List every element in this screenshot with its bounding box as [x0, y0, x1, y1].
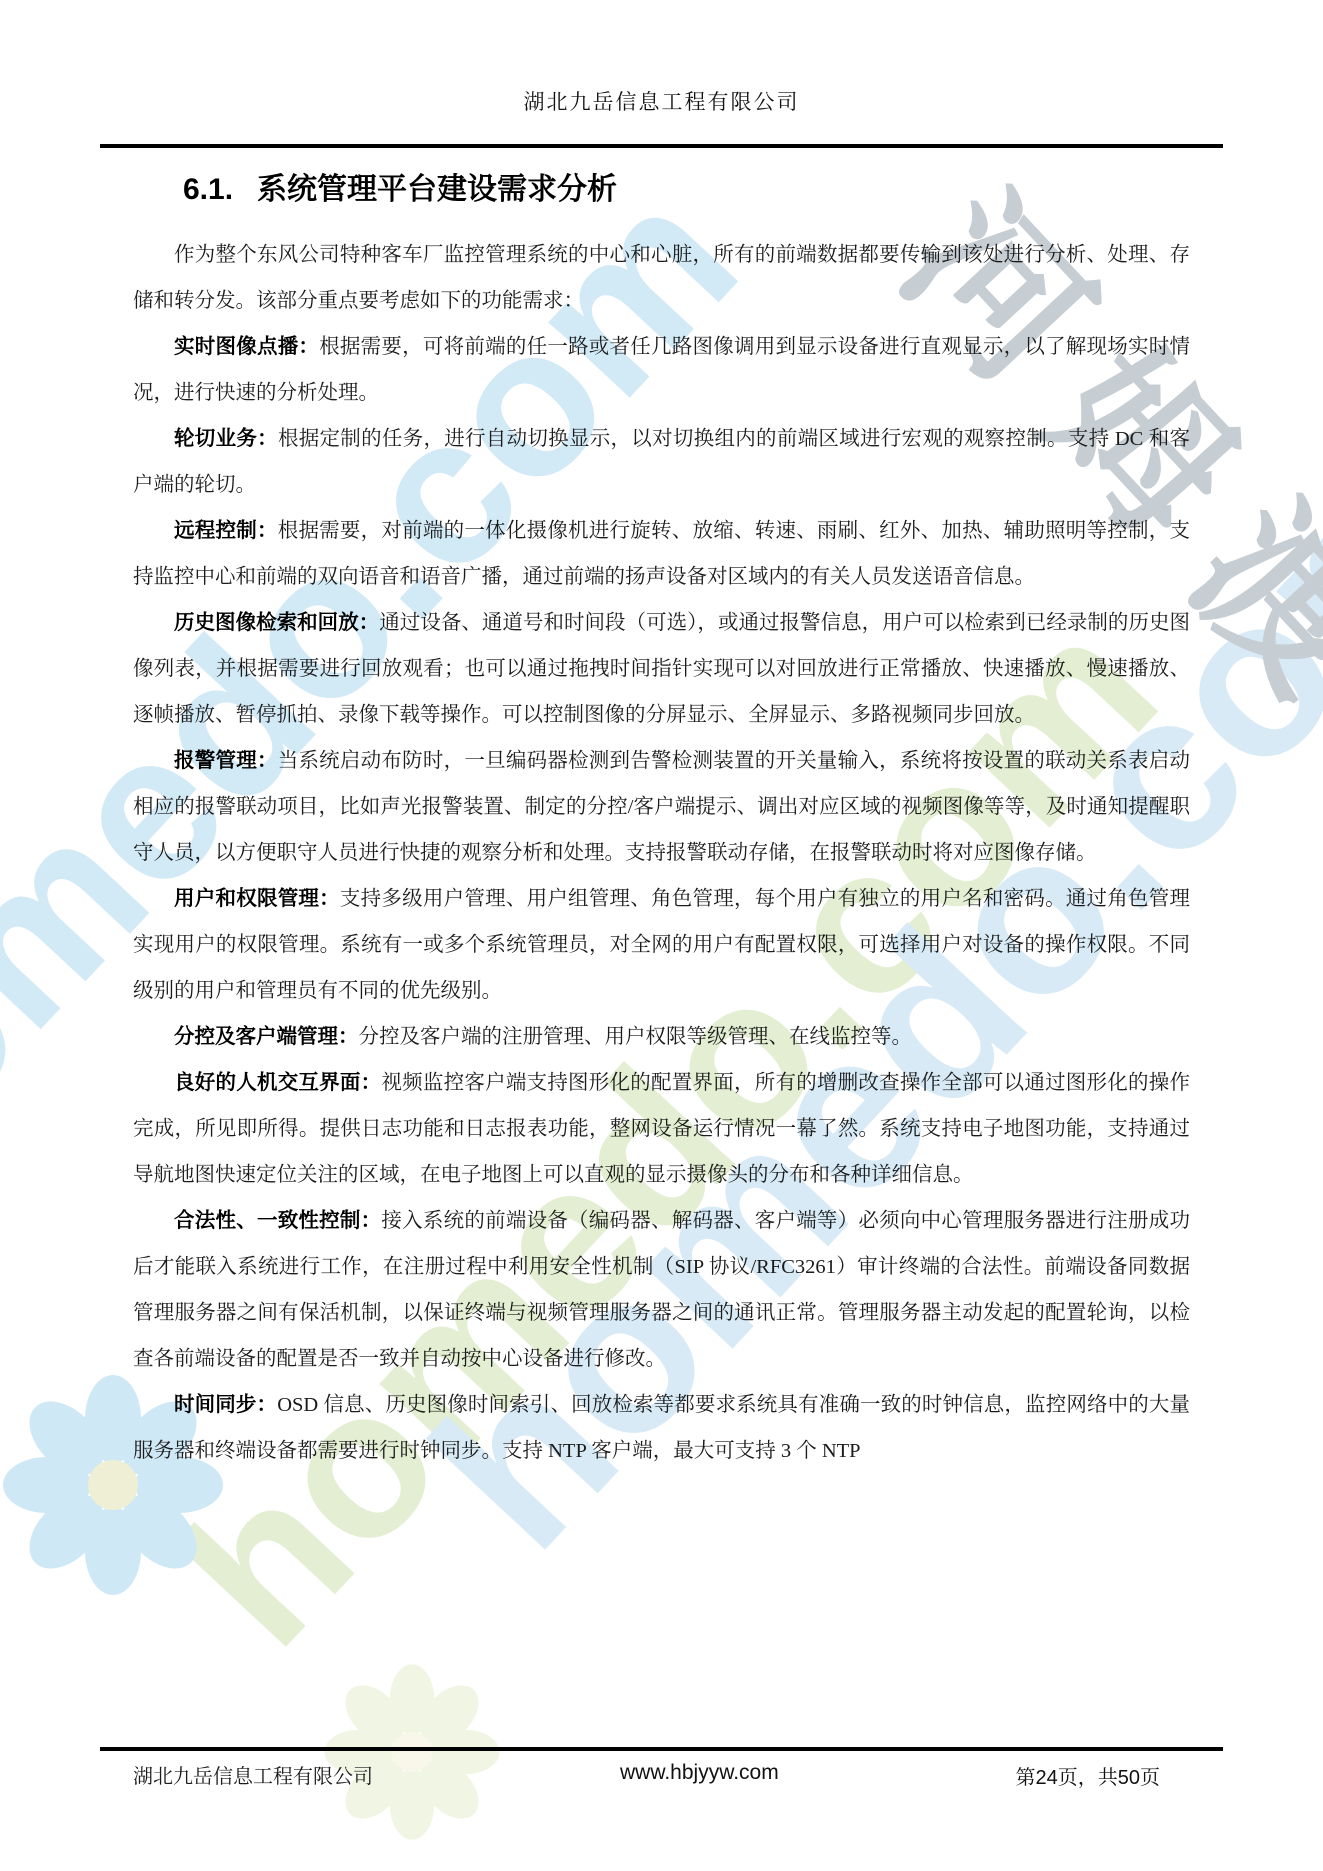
paragraph: 时间同步：OSD 信息、历史图像时间索引、回放检索等都要求系统具有准确一致的时钟…	[133, 1382, 1190, 1474]
footer-company-name: 湖北九岳信息工程有限公司	[133, 1760, 373, 1789]
paragraph-lead-term: 用户和权限管理：	[174, 888, 340, 910]
header-divider-rule	[100, 144, 1223, 148]
document-page: homedo.com homedo.com homedo.com 河姆渡	[0, 0, 1323, 1871]
footer-page-number: 第24页，共50页	[998, 1761, 1160, 1790]
paragraph: 报警管理：当系统启动布防时，一旦编码器检测到告警检测装置的开关量输入，系统将按设…	[133, 738, 1190, 876]
footer-divider-rule	[100, 1747, 1223, 1751]
section-number: 6.1.	[183, 173, 233, 206]
paragraph-lead-term: 合法性、一致性控制：	[174, 1210, 381, 1232]
paragraph-lead-term: 实时图像点播：	[174, 336, 319, 358]
paragraph-lead-term: 时间同步：	[174, 1394, 277, 1416]
footer-website: www.hbjyyw.com	[620, 1761, 779, 1785]
paragraph: 历史图像检索和回放：通过设备、通道号和时间段（可选），或通过报警信息，用户可以检…	[133, 600, 1190, 738]
paragraph-lead-term: 远程控制：	[174, 520, 278, 542]
section-title: 系统管理平台建设需求分析	[257, 173, 617, 206]
paragraph: 良好的人机交互界面：视频监控客户端支持图形化的配置界面，所有的增删改查操作全部可…	[133, 1060, 1190, 1198]
paragraph-lead-term: 良好的人机交互界面：	[174, 1072, 381, 1094]
paragraph-lead-term: 分控及客户端管理：	[174, 1026, 359, 1048]
paragraph: 实时图像点播：根据需要，可将前端的任一路或者任几路图像调用到显示设备进行直观显示…	[133, 324, 1190, 416]
paragraph: 轮切业务：根据定制的任务，进行自动切换显示，以对切换组内的前端区域进行宏观的观察…	[133, 416, 1190, 508]
body-paragraphs: 作为整个东风公司特种客车厂监控管理系统的中心和心脏，所有的前端数据都要传输到该处…	[133, 232, 1190, 1474]
paragraph-lead-term: 报警管理：	[174, 750, 278, 772]
paragraph: 作为整个东风公司特种客车厂监控管理系统的中心和心脏，所有的前端数据都要传输到该处…	[133, 232, 1190, 324]
flower-logo-watermark-small	[322, 1662, 502, 1842]
paragraph: 分控及客户端管理：分控及客户端的注册管理、用户权限等级管理、在线监控等。	[133, 1014, 1190, 1060]
paragraph-lead-term: 轮切业务：	[174, 428, 278, 450]
header-company-name: 湖北九岳信息工程有限公司	[0, 86, 1323, 116]
section-heading: 6.1.系统管理平台建设需求分析	[183, 168, 617, 212]
paragraph: 用户和权限管理：支持多级用户管理、用户组管理、角色管理，每个用户有独立的用户名和…	[133, 876, 1190, 1014]
paragraph: 远程控制：根据需要，对前端的一体化摄像机进行旋转、放缩、转速、雨刷、红外、加热、…	[133, 508, 1190, 600]
paragraph-lead-term: 历史图像检索和回放：	[174, 612, 379, 634]
paragraph: 合法性、一致性控制：接入系统的前端设备（编码器、解码器、客户端等）必须向中心管理…	[133, 1198, 1190, 1382]
